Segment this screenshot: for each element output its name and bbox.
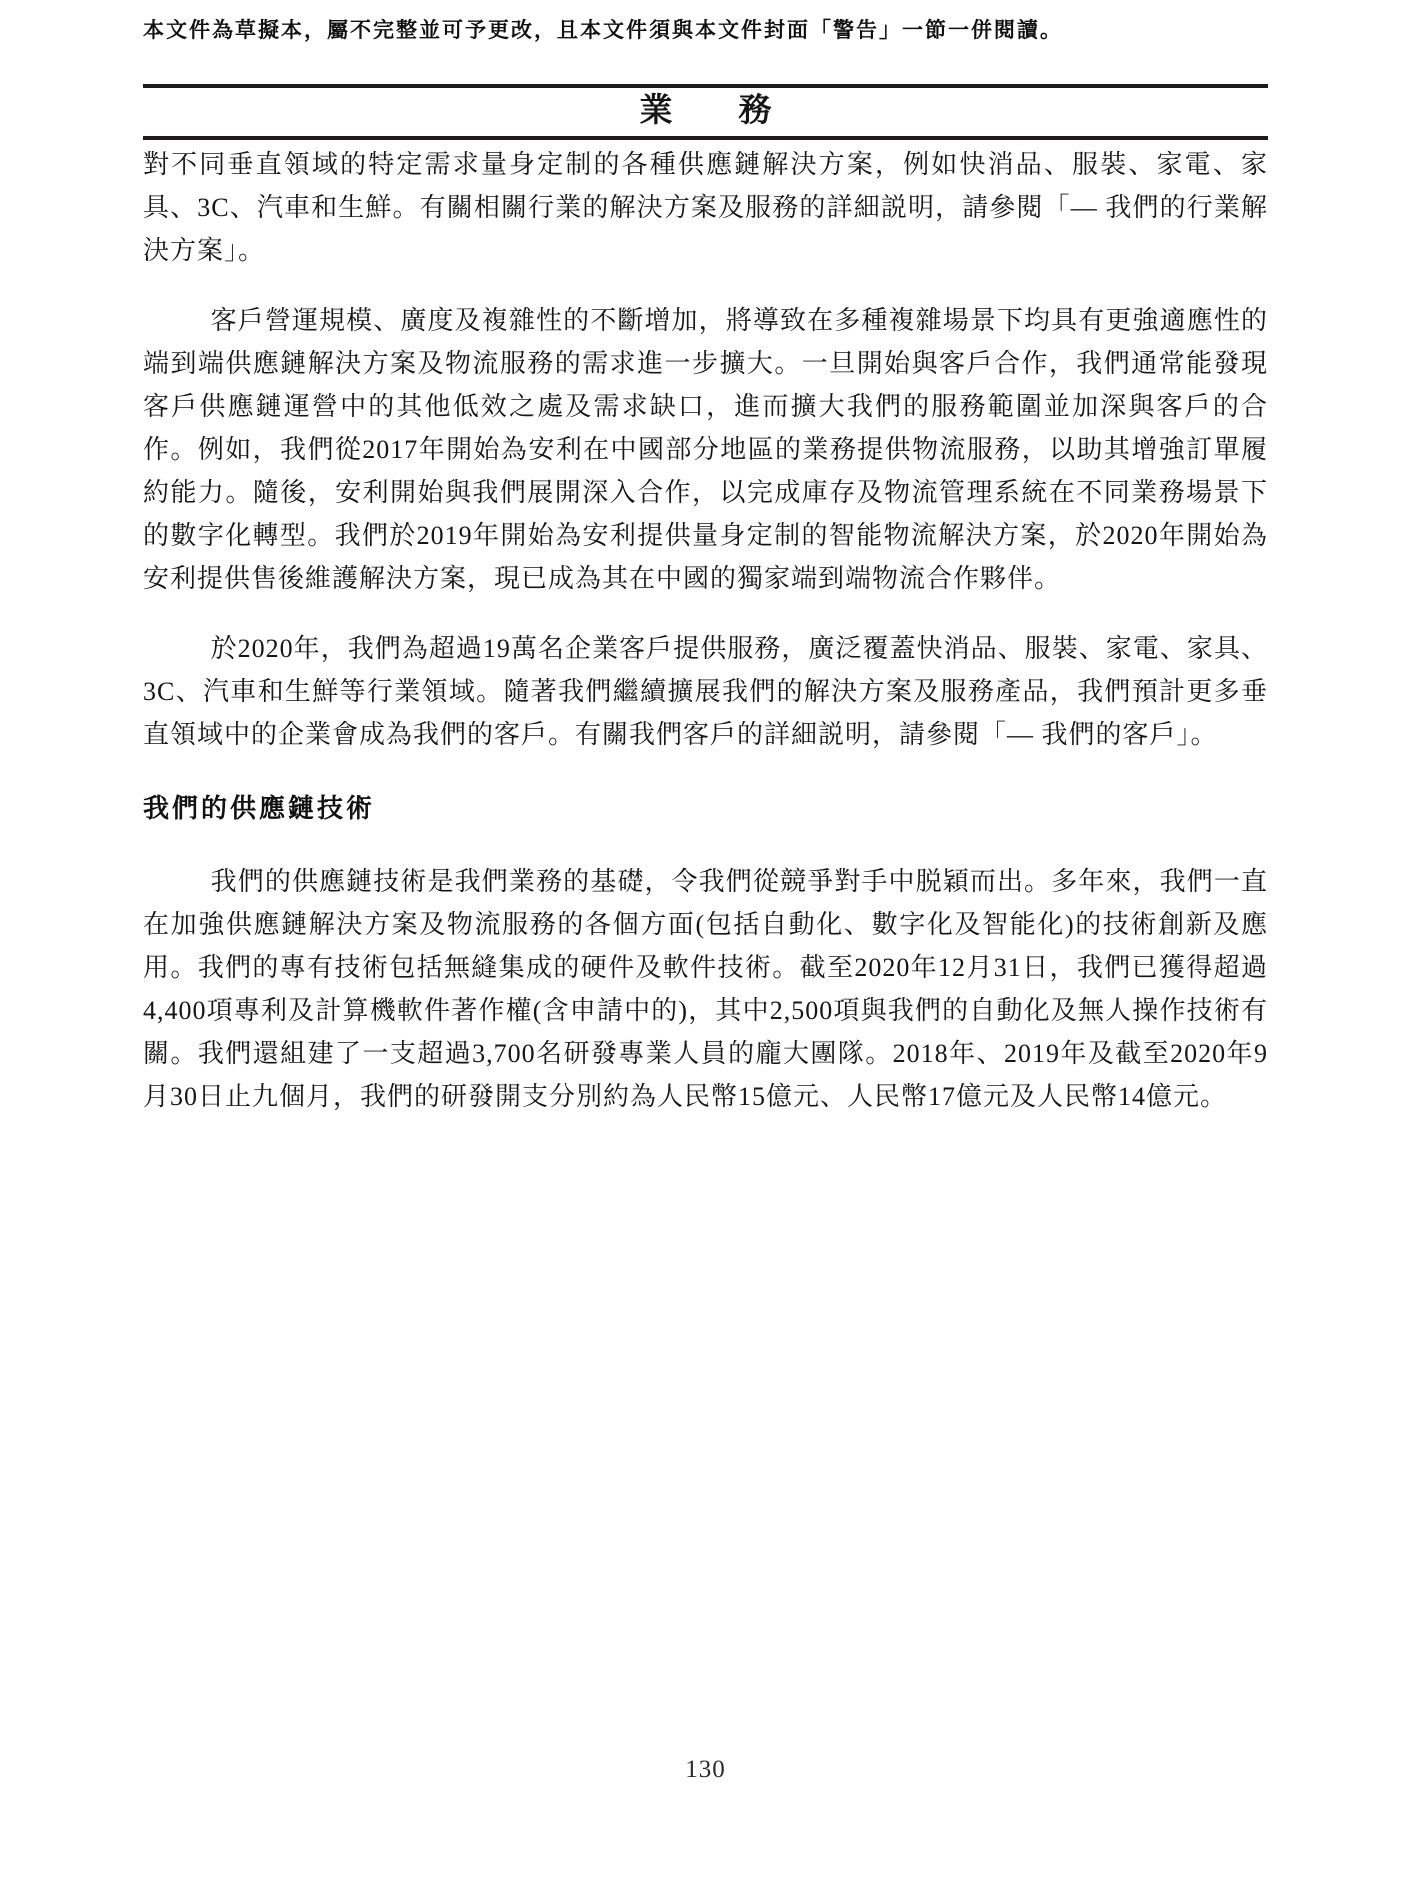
document-page: 本文件為草擬本，屬不完整並可予更改，且本文件須與本文件封面「警告」一節一併閱讀。… [0,0,1411,1881]
subheading-supply-chain-technology: 我們的供應鏈技術 [143,793,1268,825]
body-content: 對不同垂直領域的特定需求量身定制的各種供應鏈解決方案，例如快消品、服裝、家電、家… [143,143,1268,1118]
paragraph-technology-rd: 我們的供應鏈技術是我們業務的基礎，令我們從競爭對手中脱穎而出。多年來，我們一直在… [143,860,1268,1118]
section-title: 業 務 [143,92,1268,130]
paragraph-industry-solutions: 對不同垂直領域的特定需求量身定制的各種供應鏈解決方案，例如快消品、服裝、家電、家… [143,143,1268,272]
page-number: 130 [685,1756,726,1783]
page-footer: 130 [0,1756,1411,1784]
section-title-block: 業 務 [143,84,1268,140]
paragraph-customer-cooperation: 客戶營運規模、廣度及複雜性的不斷增加，將導致在多種複雜場景下均具有更強適應性的端… [143,299,1268,600]
draft-disclaimer: 本文件為草擬本，屬不完整並可予更改，且本文件須與本文件封面「警告」一節一併閱讀。 [143,16,1268,44]
paragraph-customers-2020: 於2020年，我們為超過19萬名企業客戶提供服務，廣泛覆蓋快消品、服裝、家電、家… [143,627,1268,756]
